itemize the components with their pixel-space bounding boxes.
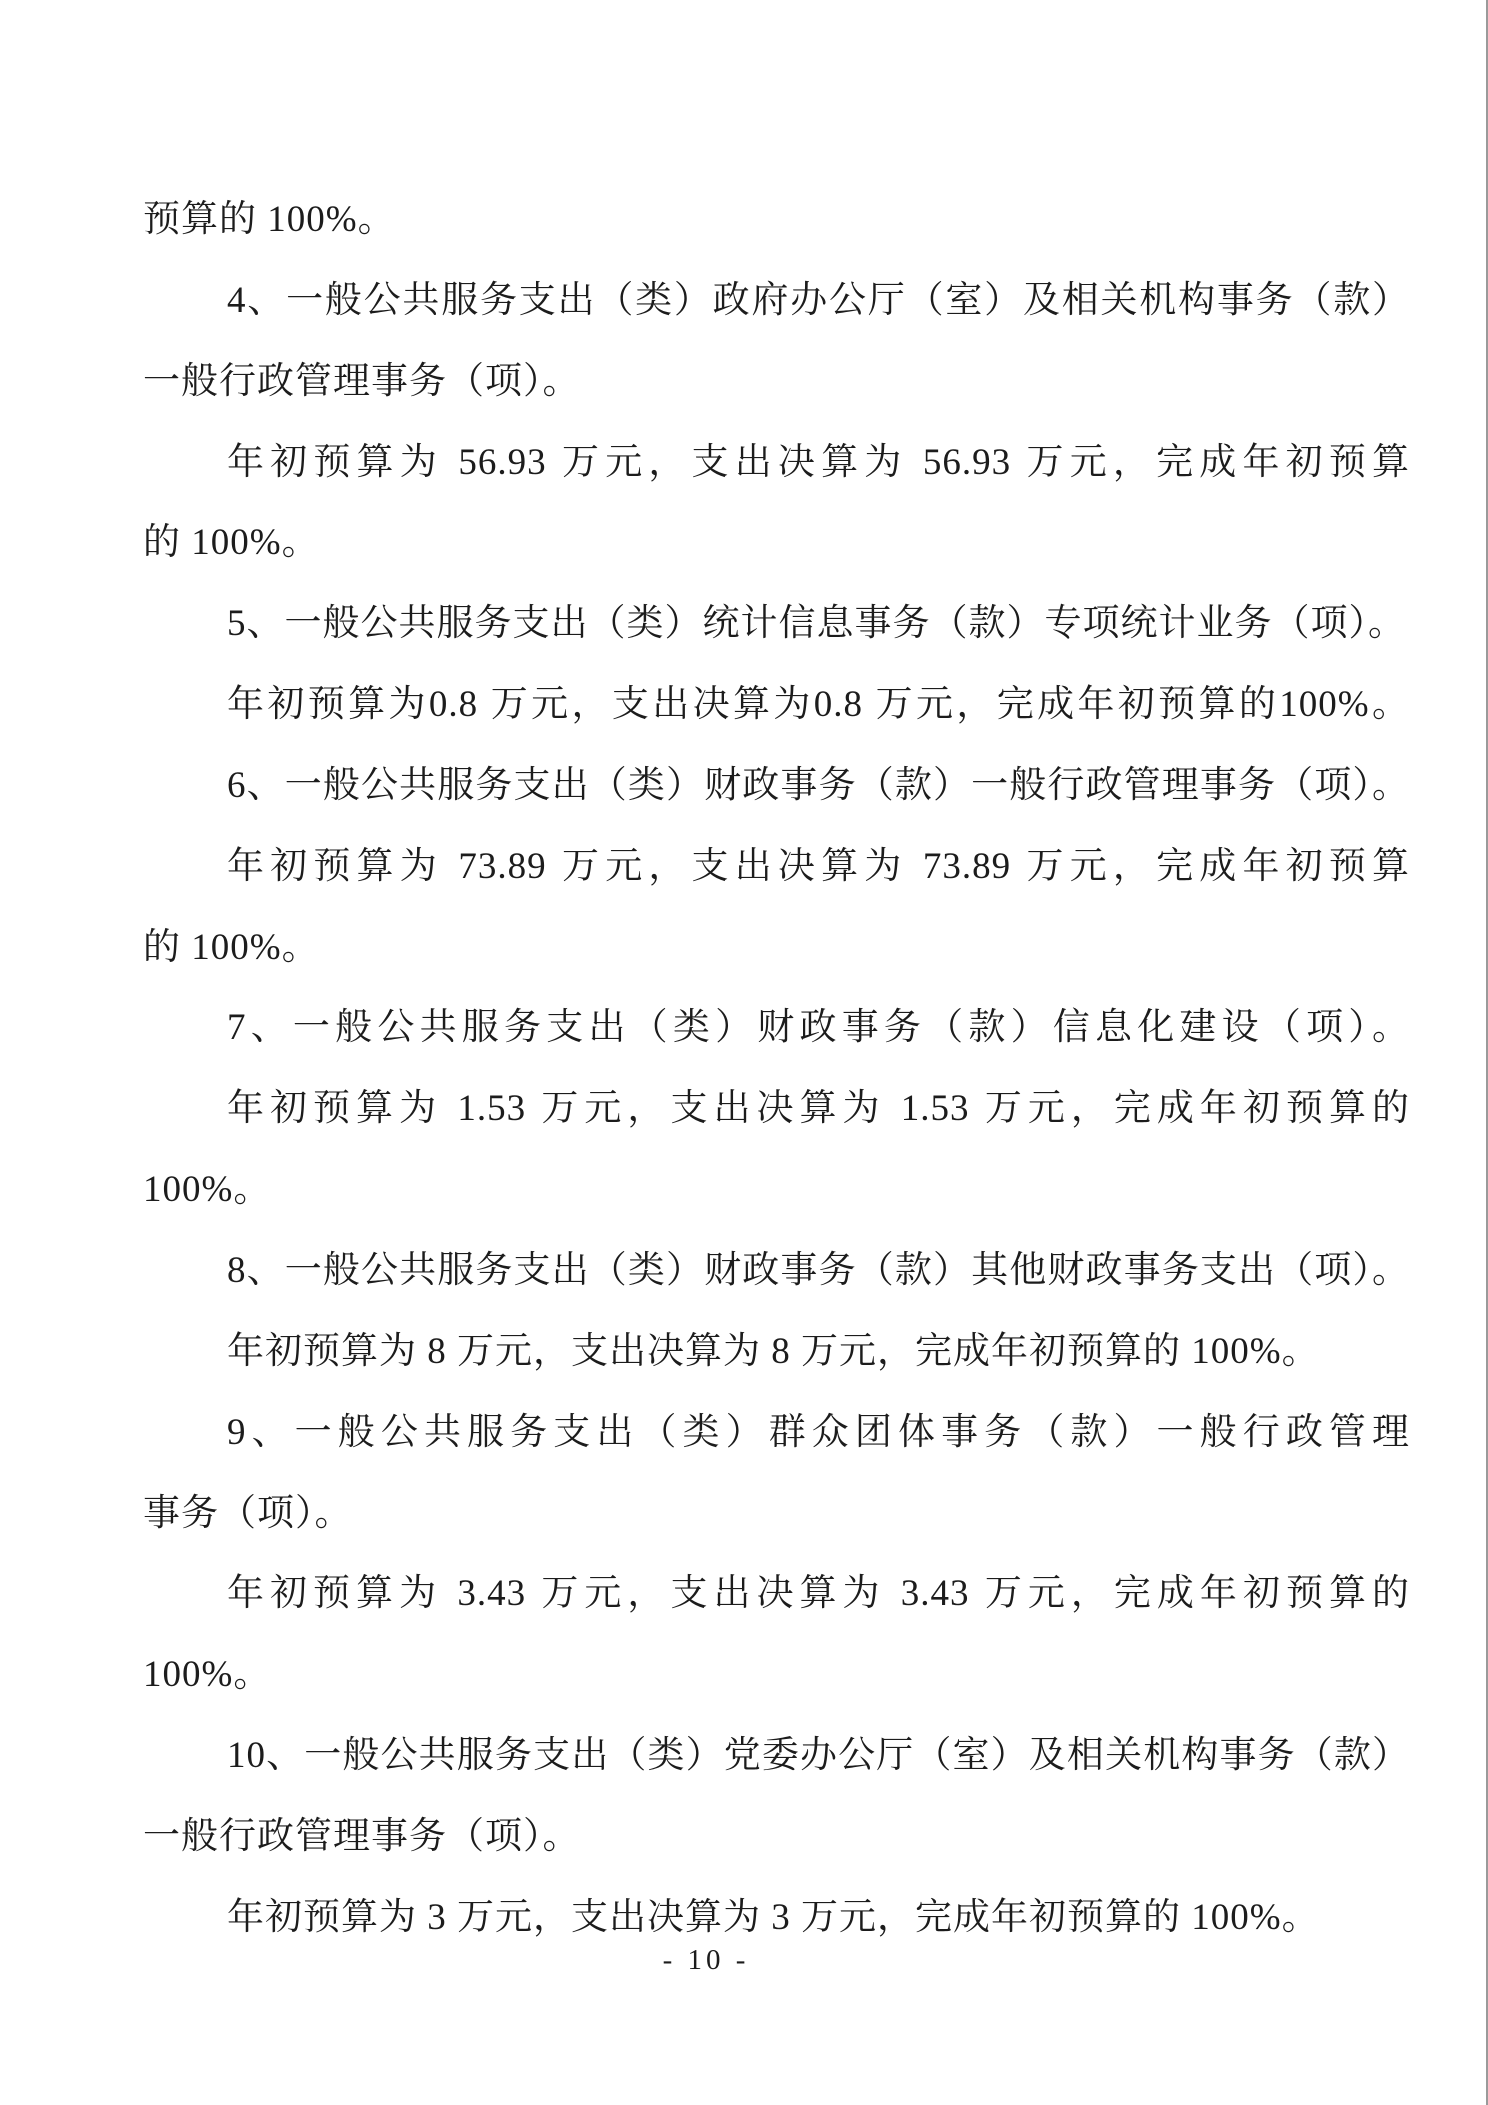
text-line: 年初预算为 1.53 万元，支出决算为 1.53 万元，完成年初预算的 bbox=[143, 1069, 1410, 1150]
document-page: 预算的 100%。 4、一般公共服务支出（类）政府办公厅（室）及相关机构事务（款… bbox=[0, 0, 1488, 2105]
text-line: 年初预算为 73.89 万元，支出决算为 73.89 万元，完成年初预算 bbox=[143, 827, 1410, 908]
text-line: 9、一般公共服务支出（类）群众团体事务（款）一般行政管理 bbox=[143, 1393, 1410, 1474]
text-line: 的 100%。 bbox=[143, 503, 1410, 584]
text-line: 10、一般公共服务支出（类）党委办公厅（室）及相关机构事务（款） bbox=[143, 1716, 1410, 1797]
page-number: - 10 - bbox=[0, 1942, 1412, 1978]
text-line: 年初预算为 8 万元，支出决算为 8 万元，完成年初预算的 100%。 bbox=[143, 1312, 1410, 1393]
text-line: 100%。 bbox=[143, 1635, 1410, 1716]
text-line: 6、一般公共服务支出（类）财政事务（款）一般行政管理事务（项）。 bbox=[143, 746, 1410, 827]
text-line: 一般行政管理事务（项）。 bbox=[143, 342, 1410, 423]
text-line: 的 100%。 bbox=[143, 908, 1410, 989]
text-line: 4、一般公共服务支出（类）政府办公厅（室）及相关机构事务（款） bbox=[143, 261, 1410, 342]
text-line: 5、一般公共服务支出（类）统计信息事务（款）专项统计业务（项）。 bbox=[143, 584, 1410, 665]
text-line: 一般行政管理事务（项）。 bbox=[143, 1797, 1410, 1878]
document-body: 预算的 100%。 4、一般公共服务支出（类）政府办公厅（室）及相关机构事务（款… bbox=[143, 180, 1410, 1959]
text-line: 8、一般公共服务支出（类）财政事务（款）其他财政事务支出（项）。 bbox=[143, 1231, 1410, 1312]
text-line: 年初预算为 3.43 万元，支出决算为 3.43 万元，完成年初预算的 bbox=[143, 1554, 1410, 1635]
text-line: 事务（项）。 bbox=[143, 1474, 1410, 1555]
text-line: 100%。 bbox=[143, 1150, 1410, 1231]
text-line: 年初预算为0.8 万元，支出决算为0.8 万元，完成年初预算的100%。 bbox=[143, 665, 1410, 746]
text-line: 年初预算为 56.93 万元，支出决算为 56.93 万元，完成年初预算 bbox=[143, 423, 1410, 504]
text-line: 7、一般公共服务支出（类）财政事务（款）信息化建设（项）。 bbox=[143, 988, 1410, 1069]
text-line: 预算的 100%。 bbox=[143, 180, 1410, 261]
